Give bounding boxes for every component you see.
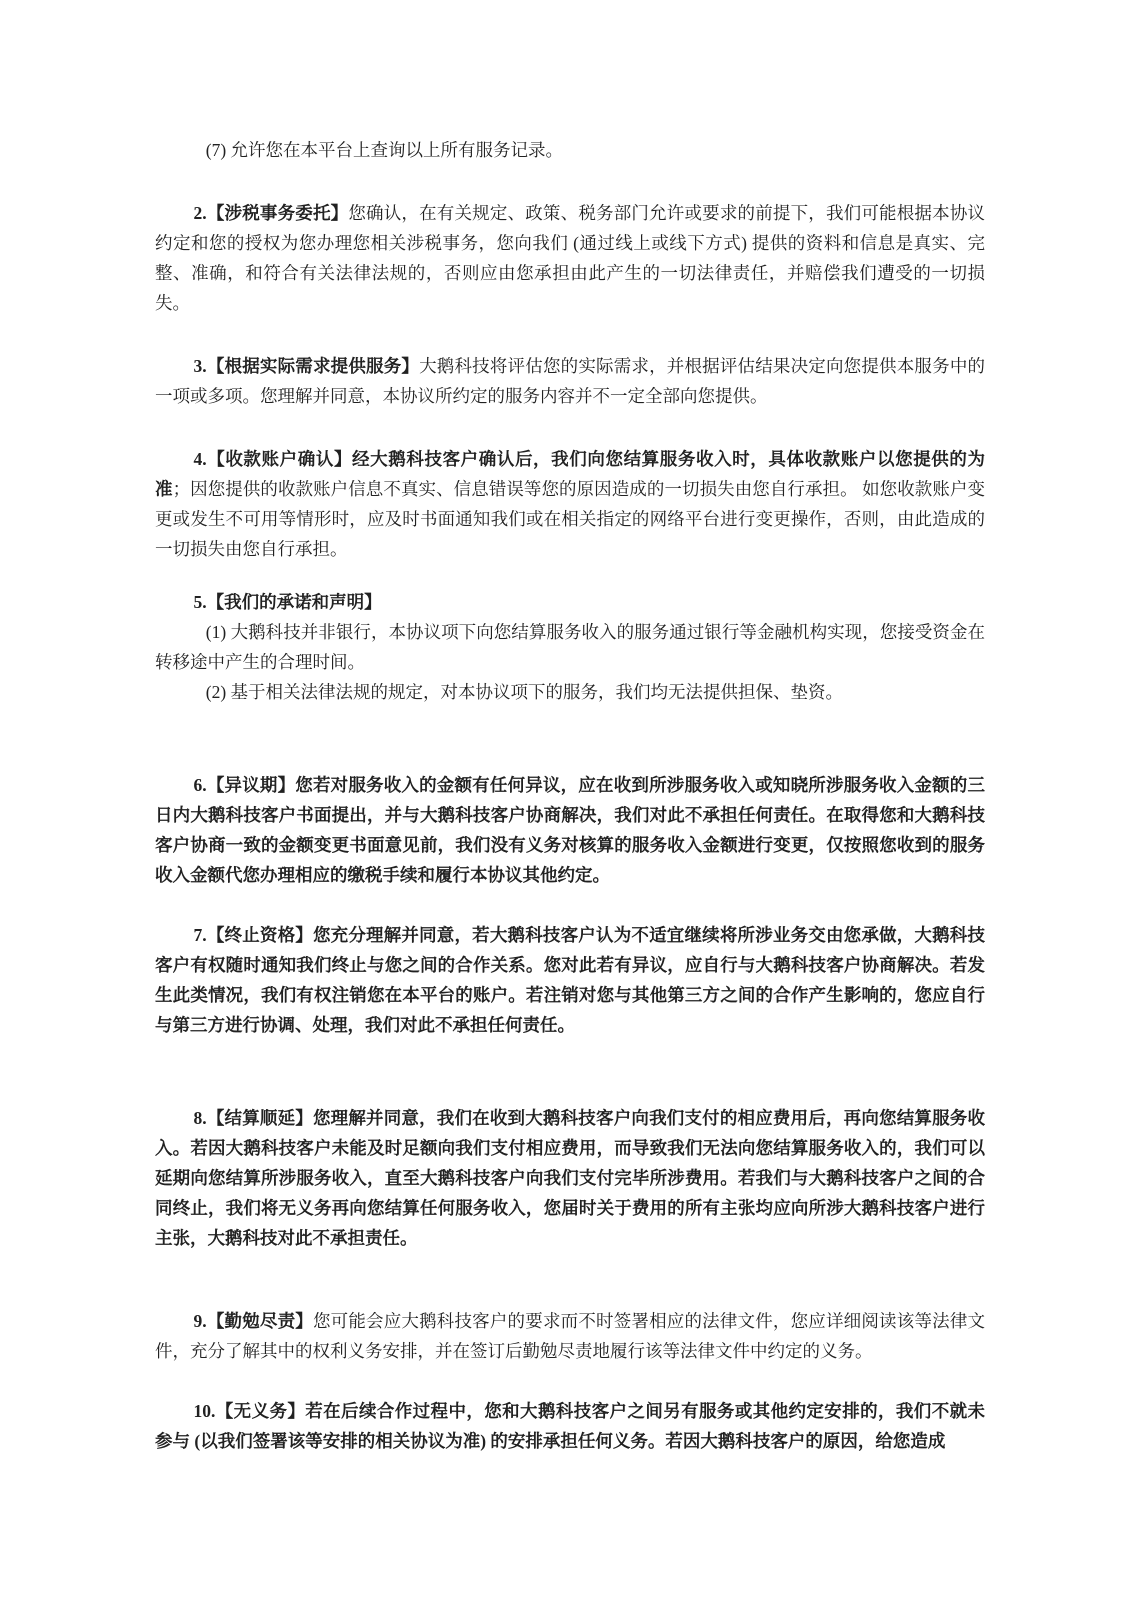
- clause-heading: 3.【根据实际需求提供服务】: [194, 356, 420, 376]
- clause-4-payment-account: 4.【收款账户确认】经大鹅科技客户确认后，我们向您结算服务收入时，具体收款账户以…: [155, 444, 985, 564]
- clause-text: ；因您提供的收款账户信息不真实、信息错误等您的原因造成的一切损失由您自行承担。 …: [155, 479, 985, 559]
- clause-9-diligence: 9.【勤勉尽责】您可能会应大鹅科技客户的要求而不时签署相应的法律文件，您应详细阅…: [155, 1306, 985, 1366]
- clause-3-services-per-need: 3.【根据实际需求提供服务】大鹅科技将评估您的实际需求，并根据评估结果决定向您提…: [155, 351, 985, 411]
- clause-heading: 2.【涉税事务委托】: [194, 203, 349, 223]
- clause-10-no-obligation: 10.【无义务】若在后续合作过程中，您和大鹅科技客户之间另有服务或其他约定安排的…: [155, 1396, 985, 1456]
- agreement-document-page: (7) 允许您在本平台上查询以上所有服务记录。 2.【涉税事务委托】您确认，在有…: [0, 0, 1131, 1600]
- clause-text: (2) 基于相关法律法规的规定，对本协议项下的服务，我们均无法提供担保、垫资。: [206, 682, 843, 702]
- clause-8-settlement-postponement: 8.【结算顺延】您理解并同意，我们在收到大鹅科技客户向我们支付的相应费用后，再向…: [155, 1103, 985, 1253]
- clause-text: 10.【无义务】若在后续合作过程中，您和大鹅科技客户之间另有服务或其他约定安排的…: [155, 1401, 985, 1451]
- clause-5-item-2: (2) 基于相关法律法规的规定，对本协议项下的服务，我们均无法提供担保、垫资。: [155, 677, 985, 707]
- clause-heading: 5.【我们的承诺和声明】: [194, 592, 382, 612]
- clause-7-termination: 7.【终止资格】您充分理解并同意，若大鹅科技客户认为不适宜继续将所涉业务交由您承…: [155, 920, 985, 1040]
- clause-2-tax-matters: 2.【涉税事务委托】您确认，在有关规定、政策、税务部门允许或要求的前提下，我们可…: [155, 198, 985, 318]
- clause-text: (1) 大鹅科技并非银行，本协议项下向您结算服务收入的服务通过银行等金融机构实现…: [155, 622, 985, 672]
- clause-text: 6.【异议期】您若对服务收入的金额有任何异议，应在收到所涉服务收入或知晓所涉服务…: [155, 775, 985, 885]
- clause-1-item-7: (7) 允许您在本平台上查询以上所有服务记录。: [155, 135, 985, 165]
- clause-heading: 9.【勤勉尽责】: [194, 1311, 313, 1331]
- clause-6-objection-period: 6.【异议期】您若对服务收入的金额有任何异议，应在收到所涉服务收入或知晓所涉服务…: [155, 770, 985, 890]
- clause-5-item-1: (1) 大鹅科技并非银行，本协议项下向您结算服务收入的服务通过银行等金融机构实现…: [155, 617, 985, 677]
- clause-5-promises-header: 5.【我们的承诺和声明】: [155, 587, 985, 617]
- clause-text: 8.【结算顺延】您理解并同意，我们在收到大鹅科技客户向我们支付的相应费用后，再向…: [155, 1108, 985, 1248]
- clause-text: (7) 允许您在本平台上查询以上所有服务记录。: [206, 140, 563, 160]
- clause-text: 7.【终止资格】您充分理解并同意，若大鹅科技客户认为不适宜继续将所涉业务交由您承…: [155, 925, 985, 1035]
